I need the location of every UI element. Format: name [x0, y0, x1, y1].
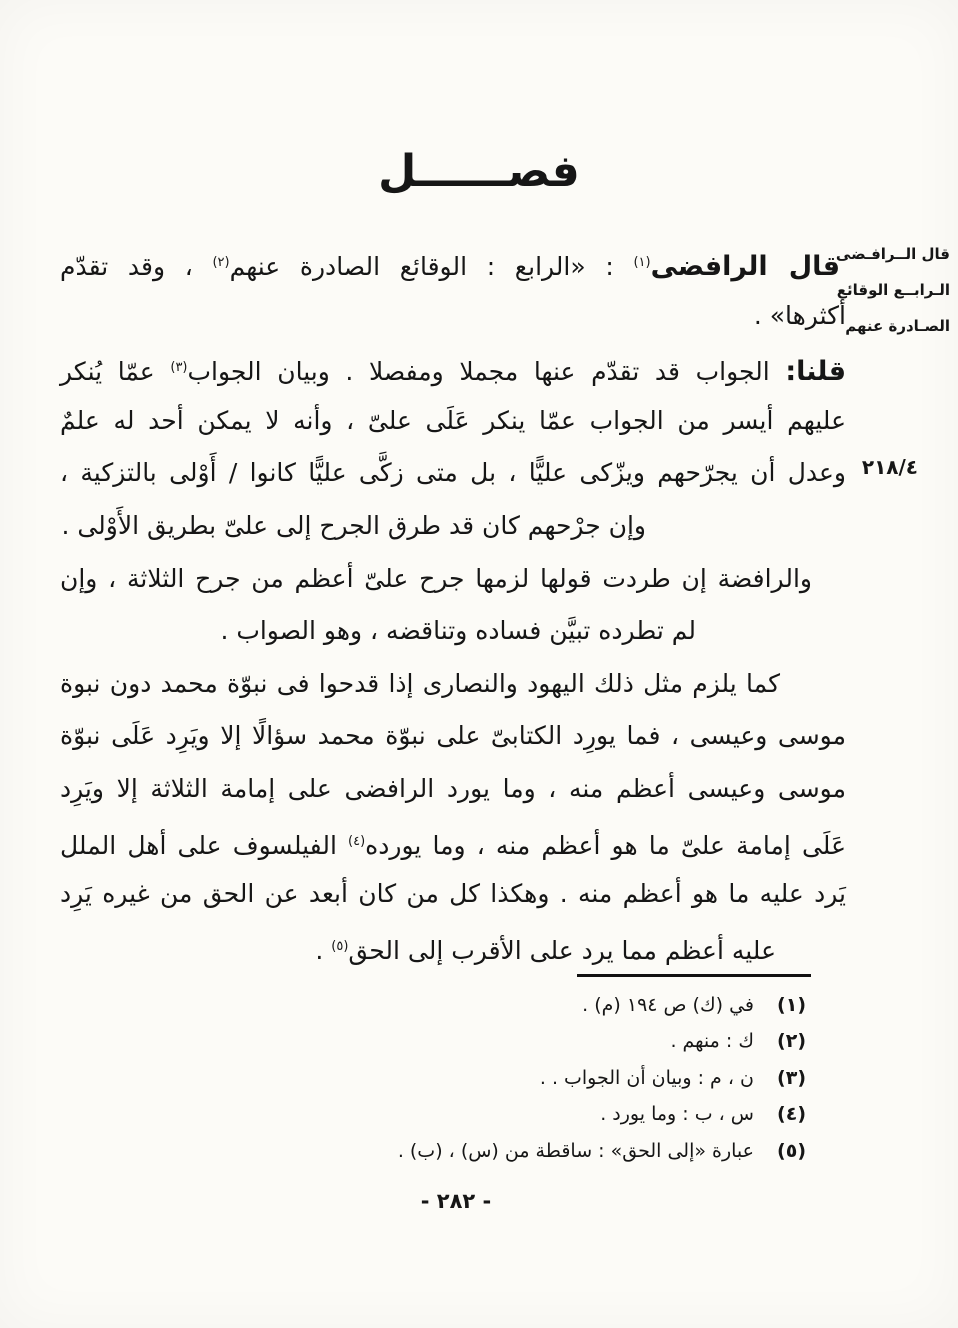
footnote-marker: (٢): [212, 255, 229, 270]
footnote-marker: (٤): [348, 834, 365, 849]
text-segment: موسى وعيسى أعظم منه ، وما يورد الرافضى ع…: [60, 774, 846, 803]
page-number: - ٢٨٢ -: [0, 1189, 912, 1213]
text-segment: موسى وعيسى ، فما يورِد الكتابىّ على نبوّ…: [60, 721, 846, 750]
footnote-number: (٢): [754, 1023, 806, 1059]
text-segment: عليه أعظم مما يرد على الأقرب إلى الحق: [348, 936, 776, 965]
text-segment: لم تطرده تبيَّن فساده وتناقضه ، وهو الصو…: [220, 616, 696, 645]
text-segment: .: [315, 936, 331, 965]
manuscript-volume-page-ref: ٢١٨/٤: [862, 455, 918, 479]
body-line: يَرد عليه ما هو أعظم منه . وهكذا كل من ك…: [60, 868, 846, 921]
margin-note-line: قال الــرافـضى: [828, 236, 950, 272]
body-line: وإن جرْحهم كان قد طرق الجرح إلى علىّ بطر…: [60, 500, 846, 553]
body-line: قلنا: الجواب قد تقدّم عنها مجملا ومفصلا …: [60, 342, 846, 395]
body-line: عَلَى إمامة علىّ ما هو أعظم منه ، وما يو…: [60, 816, 846, 869]
body-text: قال الرافضى(١) : «الرابع : الوقائع الصاد…: [60, 237, 846, 973]
paragraph: كما يلزم مثل ذلك اليهود والنصارى إذا قدح…: [60, 658, 846, 974]
body-line: وعدل أن يجرّحهم ويزّكى عليًّا ، بل متى ز…: [60, 447, 846, 500]
footnote-text: س ، ب : وما يورد .: [600, 1096, 754, 1132]
body-line: موسى وعيسى أعظم منه ، وما يورد الرافضى ع…: [60, 763, 846, 816]
body-line: قال الرافضى(١) : «الرابع : الوقائع الصاد…: [60, 237, 846, 290]
paragraph: قلنا: الجواب قد تقدّم عنها مجملا ومفصلا …: [60, 342, 846, 552]
text-segment: ، وقد تقدّم: [60, 252, 212, 281]
footnote-row: (٢)ك : منهم .: [398, 1023, 806, 1059]
footnote-marker: (١): [633, 255, 650, 270]
footnote-number: (٥): [754, 1133, 806, 1169]
footnote-number: (٣): [754, 1060, 806, 1096]
footnote-text: في (ك) ص ١٩٤ (م) .: [582, 987, 754, 1023]
footnote-number: (١): [754, 987, 806, 1023]
body-line: عليهم أيسر من الجواب عمّا ينكر عَلَى على…: [60, 395, 846, 448]
footnote-marker: (٣): [170, 360, 187, 375]
text-segment: يَرد عليه ما هو أعظم منه . وهكذا كل من ك…: [60, 879, 846, 908]
footnote-row: (٣)ن ، م : وبيان أن الجواب . .: [398, 1060, 806, 1096]
text-segment: الفيلسوف على أهل الملل: [60, 831, 348, 860]
text-segment: وإن جرْحهم كان قد طرق الجرح إلى علىّ بطر…: [61, 511, 646, 540]
footnotes: (١)في (ك) ص ١٩٤ (م) .(٢)ك : منهم .(٣)ن ،…: [398, 987, 806, 1169]
text-segment: عمّا يُنكر: [60, 357, 170, 386]
footnote-row: (٤)س ، ب : وما يورد .: [398, 1096, 806, 1132]
body-line: عليه أعظم مما يرد على الأقرب إلى الحق(٥)…: [60, 921, 846, 974]
footnote-separator: [577, 974, 811, 977]
body-line: لم تطرده تبيَّن فساده وتناقضه ، وهو الصو…: [60, 605, 846, 658]
text-segment: عَلَى إمامة علىّ ما هو أعظم منه ، وما يو…: [365, 831, 846, 860]
footnote-text: ن ، م : وبيان أن الجواب . .: [540, 1060, 754, 1096]
text-segment: وعدل أن يجرّحهم ويزّكى عليًّا ، بل متى ز…: [60, 458, 846, 487]
text-segment: والرافضة إن طردت قولها لزمها جرح علىّ أع…: [60, 564, 812, 593]
section-title: فصــــــل: [0, 146, 958, 197]
paragraph: والرافضة إن طردت قولها لزمها جرح علىّ أع…: [60, 553, 846, 658]
body-line: والرافضة إن طردت قولها لزمها جرح علىّ أع…: [60, 553, 846, 606]
paragraph: قال الرافضى(١) : «الرابع : الوقائع الصاد…: [60, 237, 846, 342]
text-segment: عليهم أيسر من الجواب عمّا ينكر عَلَى على…: [60, 406, 846, 435]
footnote-marker: (٥): [331, 939, 348, 954]
margin-note-line: الصـادرة عنهم: [828, 308, 950, 344]
footnote-text: ك : منهم .: [670, 1023, 754, 1059]
body-line: كما يلزم مثل ذلك اليهود والنصارى إذا قدح…: [60, 658, 846, 711]
footnote-row: (٥)عبارة «إلى الحق» : ساقطة من (س) ، (ب)…: [398, 1133, 806, 1169]
footnote-text: عبارة «إلى الحق» : ساقطة من (س) ، (ب) .: [398, 1133, 754, 1169]
text-segment: الجواب قد تقدّم عنها مجملا ومفصلا . وبيا…: [188, 357, 786, 386]
body-line: أكثرها» .: [60, 290, 846, 343]
text-segment: أكثرها» .: [754, 301, 846, 330]
margin-note-line: الـرابــع الوقائع: [828, 272, 950, 308]
footnote-row: (١)في (ك) ص ١٩٤ (م) .: [398, 987, 806, 1023]
body-line: موسى وعيسى ، فما يورِد الكتابىّ على نبوّ…: [60, 710, 846, 763]
footnote-number: (٤): [754, 1096, 806, 1132]
text-segment: كما يلزم مثل ذلك اليهود والنصارى إذا قدح…: [60, 669, 780, 698]
book-page-scan: فصــــــل قال الــرافـضىالـرابــع الوقائ…: [0, 0, 958, 1328]
text-segment: : «الرابع : الوقائع الصادرة عنهم: [230, 252, 634, 281]
text-segment: قلنا:: [785, 356, 846, 387]
text-segment: قال الرافضى: [651, 251, 840, 282]
margin-notes: قال الــرافـضىالـرابــع الوقائعالصـادرة …: [828, 236, 950, 344]
